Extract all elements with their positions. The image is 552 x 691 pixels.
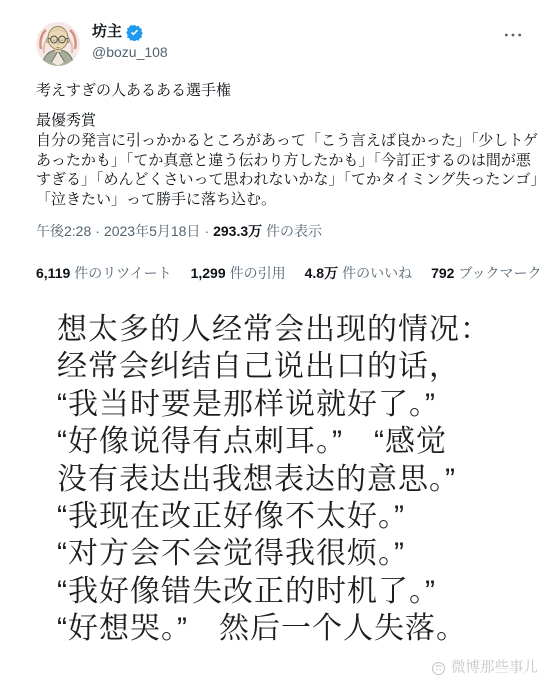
translation-line: 没有表达出我想表达的意思。” bbox=[57, 461, 537, 498]
more-icon bbox=[503, 31, 523, 39]
tweet-stats-row: 6,119件のリツイート 1,299件の引用 4.8万件のいいね 792ブックマ… bbox=[36, 264, 541, 282]
bookmarks-stat[interactable]: 792ブックマーク bbox=[431, 264, 541, 282]
tweet-header: 坊主 @bozu_108 bbox=[36, 22, 168, 66]
translation-line: 想太多的人经常会出现的情况： bbox=[57, 311, 537, 348]
translation-line: “对方会不会觉得我很烦。” bbox=[57, 535, 537, 572]
more-button[interactable] bbox=[502, 26, 524, 44]
retweets-count: 6,119 bbox=[36, 265, 70, 281]
watermark-text: 微博那些事儿 bbox=[451, 659, 538, 677]
author-name[interactable]: 坊主 bbox=[92, 22, 122, 42]
views-count: 293.3万 bbox=[213, 223, 262, 239]
tweet-timestamp[interactable]: 午後2:28·2023年5月18日·293.3万 件の表示 bbox=[36, 222, 322, 240]
quotes-label: 件の引用 bbox=[230, 265, 286, 281]
avatar[interactable] bbox=[36, 22, 80, 66]
translation-line: “我当时要是那样说就好了。” bbox=[57, 386, 537, 423]
retweets-label: 件のリツイート bbox=[74, 265, 171, 281]
views-label: 件の表示 bbox=[266, 223, 322, 239]
translation-line: “好想哭。” 然后一个人失落。 bbox=[57, 610, 537, 647]
timestamp-separator: · bbox=[91, 223, 104, 239]
bookmarks-label: ブックマーク bbox=[458, 265, 541, 281]
author-name-row: 坊主 bbox=[92, 22, 168, 42]
likes-stat[interactable]: 4.8万件のいいね bbox=[305, 264, 412, 282]
author-handle[interactable]: @bozu_108 bbox=[92, 43, 168, 62]
translation-line: “我现在改正好像不太好。” bbox=[57, 498, 537, 535]
likes-label: 件のいいね bbox=[342, 265, 412, 281]
retweets-stat[interactable]: 6,119件のリツイート bbox=[36, 264, 172, 282]
quotes-stat[interactable]: 1,299件の引用 bbox=[191, 264, 286, 282]
watermark: 微博那些事儿 bbox=[431, 659, 538, 677]
translation-block: 想太多的人经常会出现的情况： 经常会纠结自己说出口的话， “我当时要是那样说就好… bbox=[57, 311, 537, 648]
tweet-body-text: 自分の発言に引っかかるところがあって「こう言えば良かった」「少しトゲあったかも」… bbox=[36, 131, 543, 209]
timestamp-separator: · bbox=[200, 223, 213, 239]
verified-icon bbox=[126, 24, 143, 41]
tweet-title-line: 考えすぎの人あるある選手権 bbox=[36, 81, 542, 101]
quotes-count: 1,299 bbox=[191, 265, 226, 281]
timestamp-date: 2023年5月18日 bbox=[104, 223, 201, 239]
translation-line: “我好像错失改正的时机了。” bbox=[57, 573, 537, 610]
tweet-award-line: 最優秀賞 bbox=[36, 111, 542, 131]
translation-line: 经常会纠结自己说出口的话， bbox=[57, 348, 537, 385]
screenshot-page: 坊主 @bozu_108 考えすぎの人あるある選手権 最優秀賞 自分の発言に引っ… bbox=[0, 0, 552, 691]
bookmarks-count: 792 bbox=[431, 265, 454, 281]
likes-count: 4.8万 bbox=[305, 265, 338, 281]
avatar-monk-icon bbox=[36, 22, 80, 66]
logo-icon bbox=[431, 661, 446, 676]
author-block: 坊主 @bozu_108 bbox=[92, 22, 168, 62]
translation-line: “好像说得有点刺耳。” “感觉 bbox=[57, 423, 537, 460]
timestamp-time: 午後2:28 bbox=[36, 223, 91, 239]
